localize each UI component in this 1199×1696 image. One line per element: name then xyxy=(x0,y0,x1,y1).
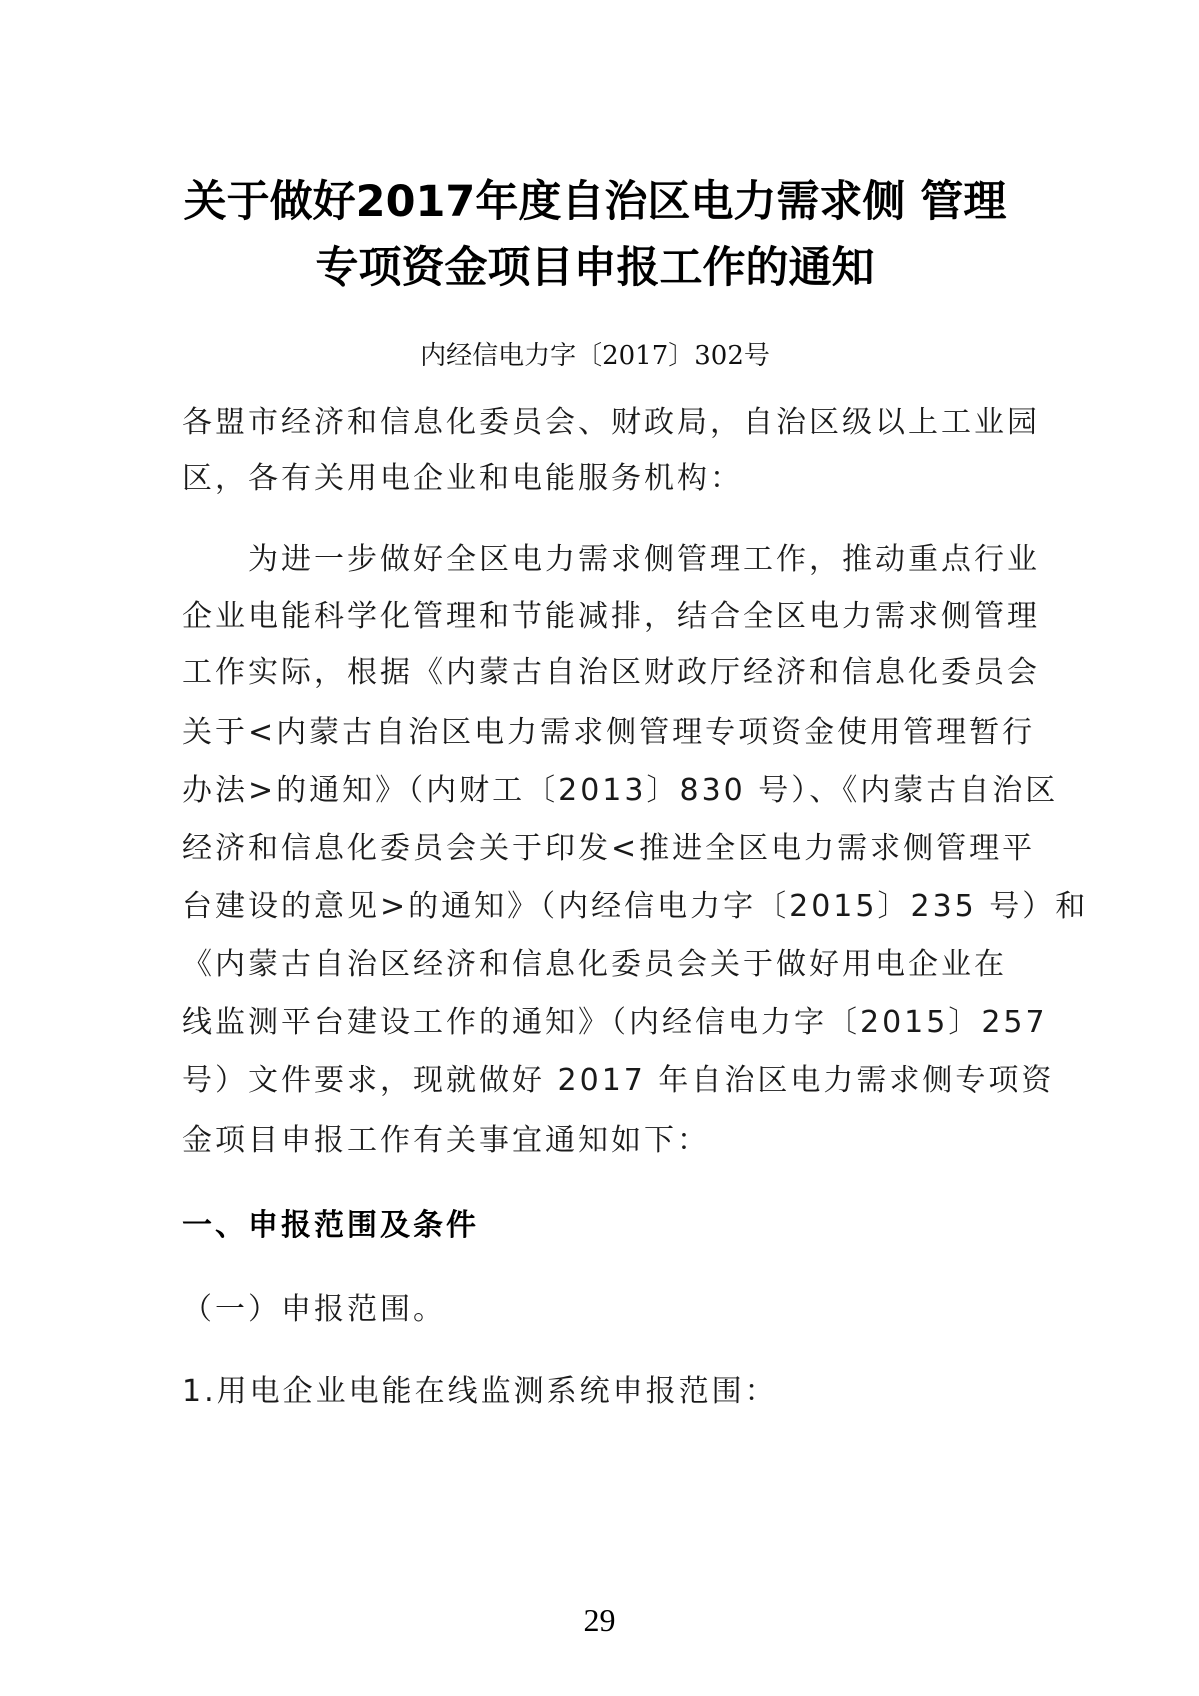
body-line-9: 线监测平台建设工作的通知》（内经信电力字〔2015〕257 xyxy=(182,1003,1048,1043)
body-line-1: 为进一步做好全区电力需求侧管理工作，推动重点行业 xyxy=(182,540,1040,580)
page-number: 29 xyxy=(0,1600,1199,1640)
body-line-7: 台建设的意见>的通知》（内经信电力字〔2015〕235 号）和 xyxy=(182,887,1088,927)
body-line-6: 经济和信息化委员会关于印发<推进全区电力需求侧管理平 xyxy=(182,829,1035,869)
body-line-4: 关于<内蒙古自治区电力需求侧管理专项资金使用管理暂行 xyxy=(182,713,1035,753)
document-title-line-1: 关于做好2017年度自治区电力需求侧 管理 xyxy=(150,170,1040,234)
body-line-11: 金项目申报工作有关事宜通知如下： xyxy=(182,1121,710,1161)
addressee-line-1: 各盟市经济和信息化委员会、财政局，自治区级以上工业园 xyxy=(182,403,1040,443)
section-heading: 一、申报范围及条件 xyxy=(182,1206,479,1246)
body-line-10: 号）文件要求，现就做好 2017 年自治区电力需求侧专项资 xyxy=(182,1061,1054,1101)
addressee-line-2: 区，各有关用电企业和电能服务机构： xyxy=(182,459,743,499)
body-line-2: 企业电能科学化管理和节能减排，结合全区电力需求侧管理 xyxy=(182,597,1040,637)
document-page: 关于做好2017年度自治区电力需求侧 管理 专项资金项目申报工作的通知 内经信电… xyxy=(0,0,1199,1696)
body-line-3: 工作实际，根据《内蒙古自治区财政厅经济和信息化委员会 xyxy=(182,653,1040,693)
document-title-line-2: 专项资金项目申报工作的通知 xyxy=(150,236,1040,300)
item-1: 1.用电企业电能在线监测系统申报范围： xyxy=(182,1372,778,1412)
document-number: 内经信电力字〔2017〕302号 xyxy=(150,336,1040,376)
subsection-heading: （一）申报范围。 xyxy=(182,1290,446,1330)
body-line-8: 《内蒙古自治区经济和信息化委员会关于做好用电企业在 xyxy=(182,945,1007,985)
body-line-5: 办法>的通知》（内财工〔2013〕830 号）、《内蒙古自治区 xyxy=(182,771,1058,811)
